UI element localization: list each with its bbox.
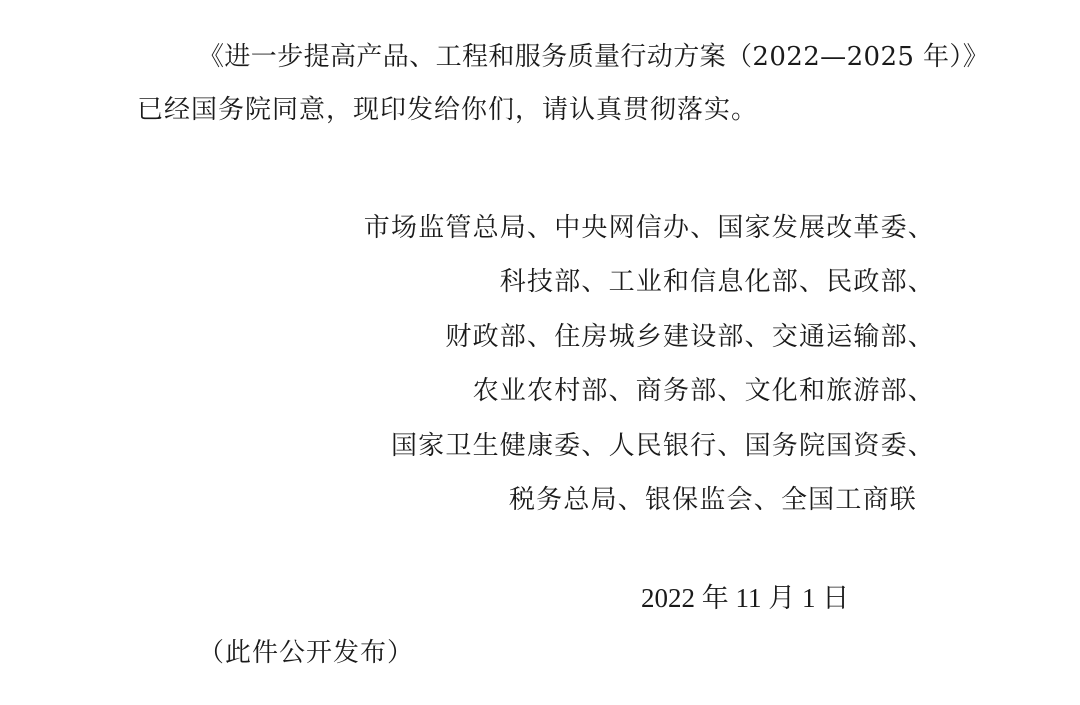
body-paragraph-line-2: 已经国务院同意，现印发给你们，请认真贯彻落实。 xyxy=(137,95,758,125)
signatory-line: 财政部、住房城乡建设部、交通运输部、 xyxy=(445,310,935,364)
signatory-line: 市场监管总局、中央网信办、国家发展改革委、 xyxy=(364,201,935,255)
public-release-note: （此件公开发布） xyxy=(198,638,414,668)
issue-date: 2022 年 11 月 1 日 xyxy=(641,583,849,613)
body-paragraph-line-1: 《进一步提高产品、工程和服务质量行动方案（2022—2025 年）》 xyxy=(198,42,989,72)
signatory-line: 税务总局、银保监会、全国工商联 xyxy=(509,473,935,527)
signatory-line: 农业农村部、商务部、文化和旅游部、 xyxy=(473,364,935,418)
signatory-block: 市场监管总局、中央网信办、国家发展改革委、 科技部、工业和信息化部、民政部、 财… xyxy=(364,201,935,527)
signatory-line: 国家卫生健康委、人民银行、国务院国资委、 xyxy=(391,419,935,473)
signatory-line: 科技部、工业和信息化部、民政部、 xyxy=(500,255,935,309)
